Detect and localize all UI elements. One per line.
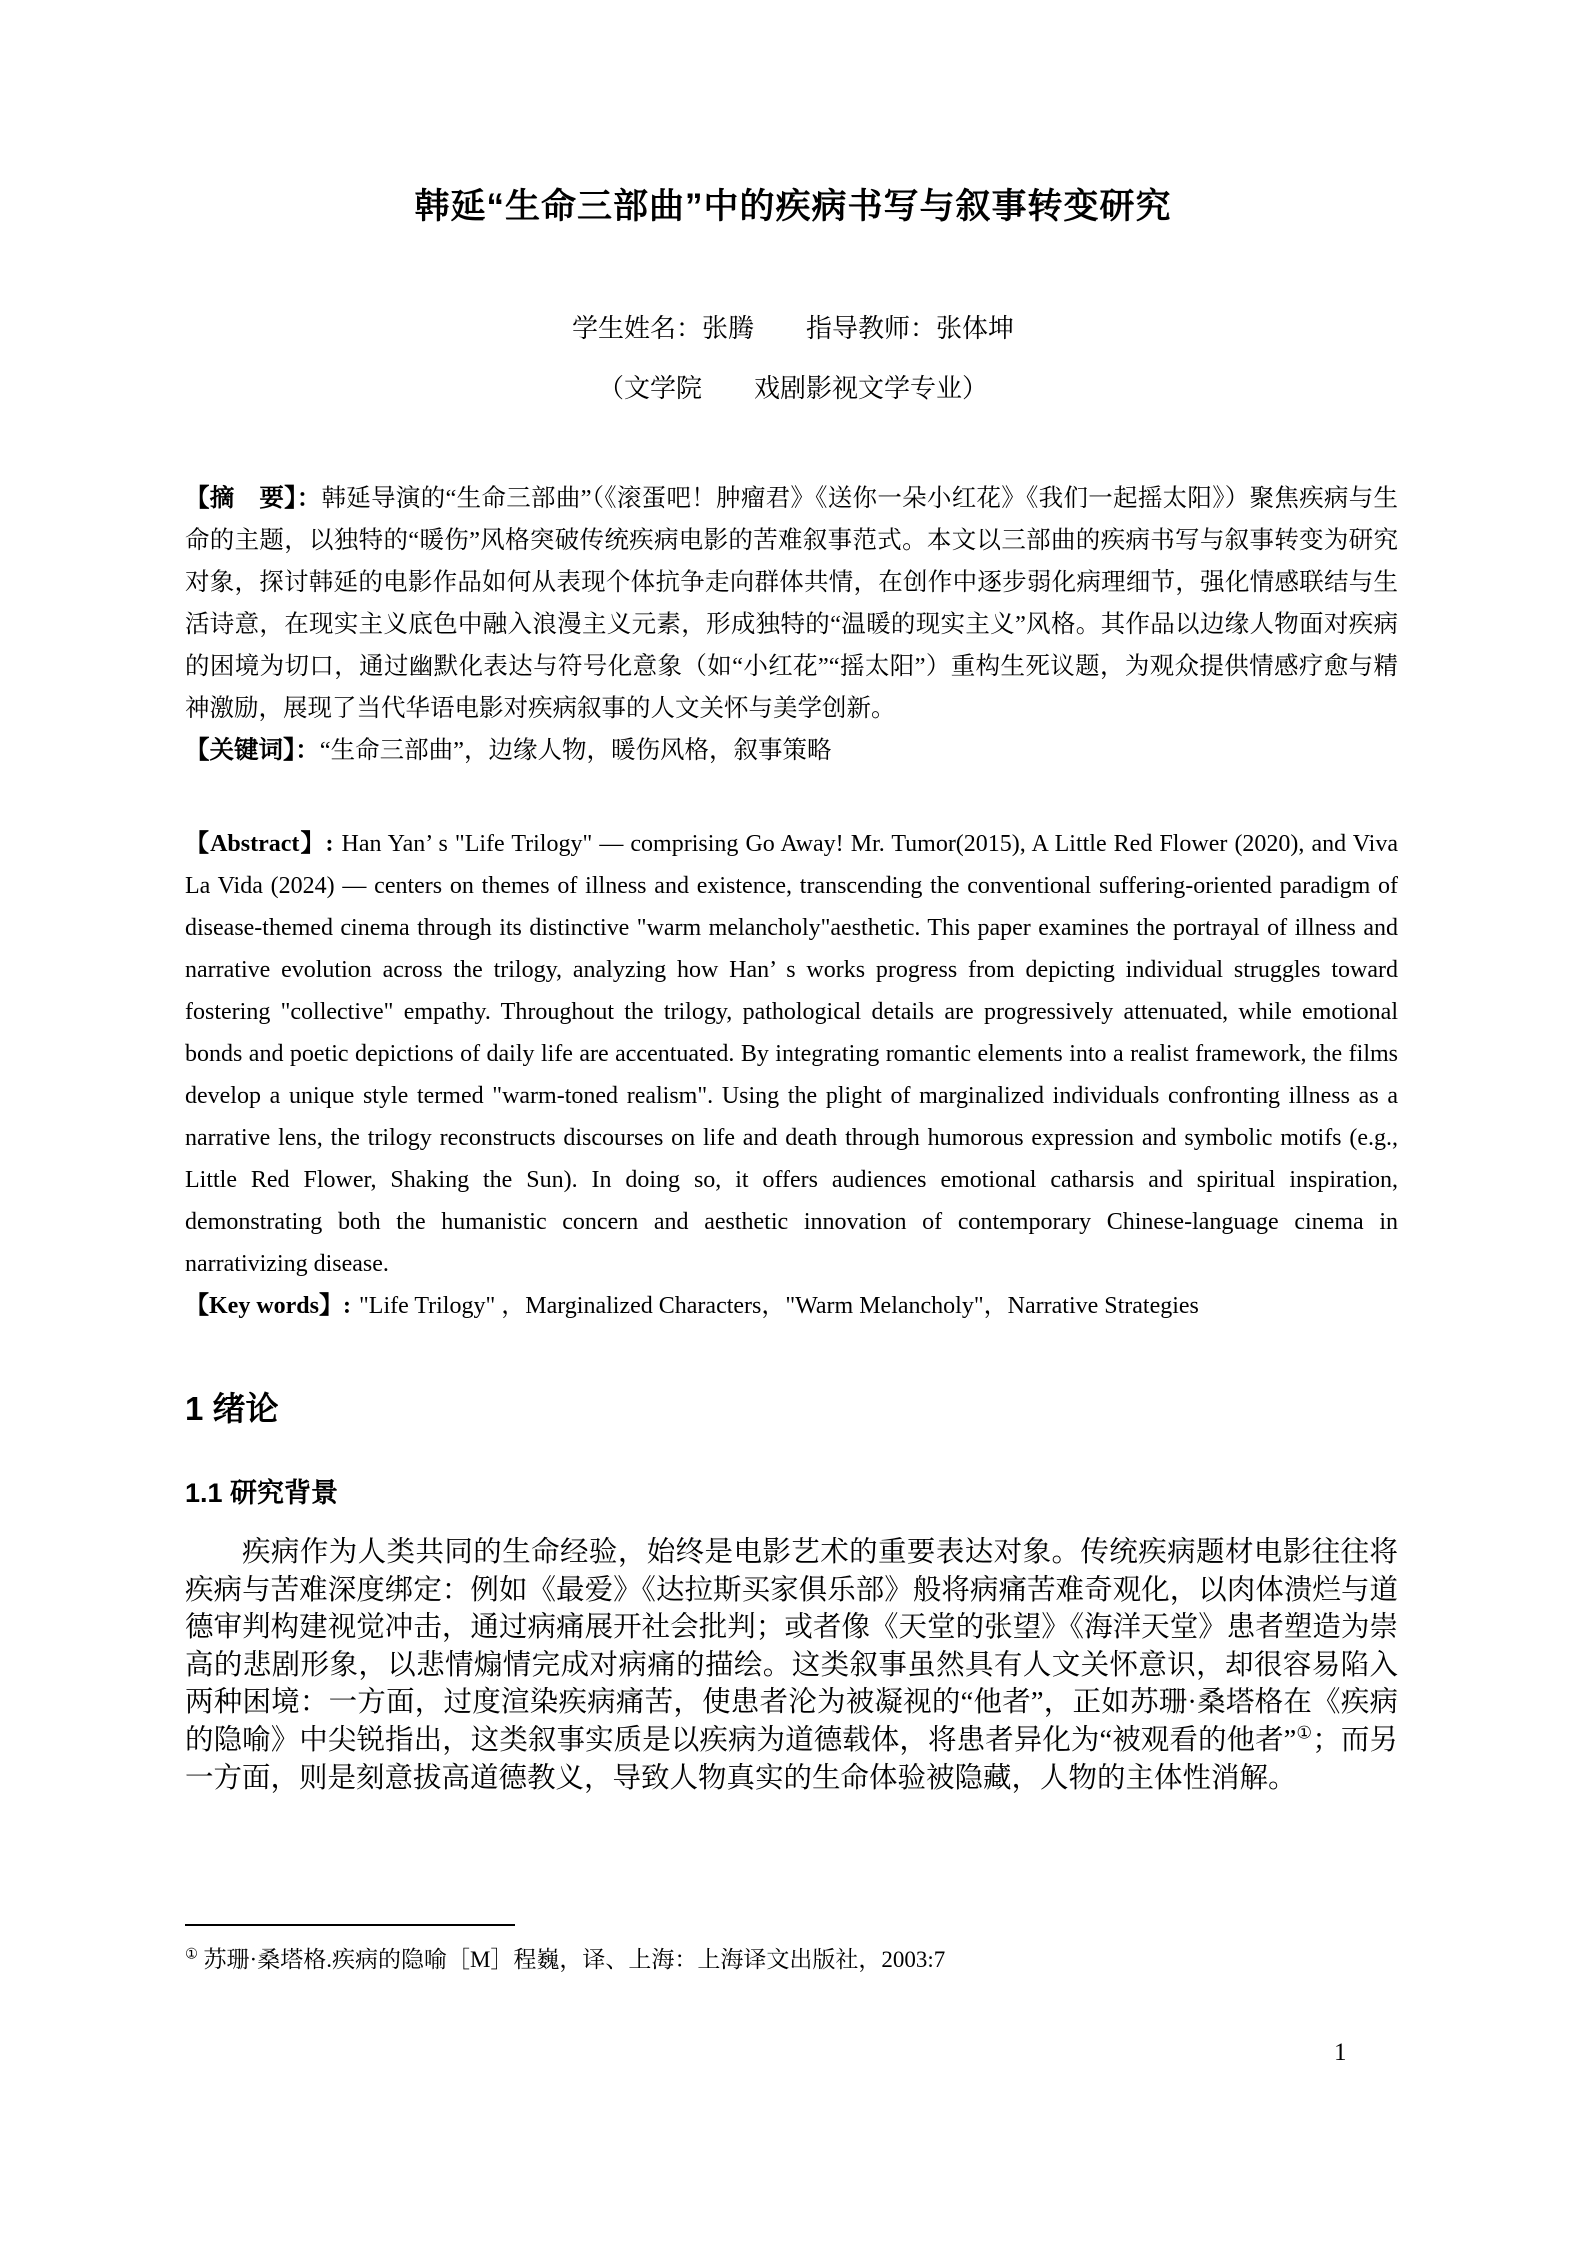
keywords-en-text: "Life Trilogy" ，Marginalized Characters，…	[359, 1293, 1199, 1319]
keywords-cn-label: 【关键词】：	[185, 737, 320, 764]
footnote-reference-marker: ①	[1296, 1722, 1312, 1742]
body-paragraph: 疾病作为人类共同的生命经验，始终是电影艺术的重要表达对象。传统疾病题材电影往往将…	[185, 1534, 1398, 1797]
subsection-heading-research-background: 1.1 研究背景	[185, 1476, 1398, 1510]
abstract-cn-section: 【摘 要】：韩延导演的“生命三部曲”（《滚蛋吧！肿瘤君》《送你一朵小红花》《我们…	[185, 478, 1398, 772]
document-page: 韩延“生命三部曲”中的疾病书写与叙事转变研究 学生姓名：张腾 指导教师：张体坤 …	[0, 0, 1586, 2245]
keywords-cn-text: “生命三部曲”，边缘人物，暖伤风格，叙事策略	[320, 737, 832, 764]
page-number: 1	[1334, 2038, 1347, 2068]
abstract-en-section: 【Abstract】:Han Yan’ s "Life Trilogy" — c…	[185, 823, 1398, 1327]
paper-title: 韩延“生命三部曲”中的疾病书写与叙事转变研究	[0, 184, 1586, 230]
keywords-en-paragraph: 【Key words】:"Life Trilogy" ，Marginalized…	[185, 1285, 1398, 1327]
abstract-cn-paragraph: 【摘 要】：韩延导演的“生命三部曲”（《滚蛋吧！肿瘤君》《送你一朵小红花》《我们…	[185, 478, 1398, 730]
abstract-en-text: Han Yan’ s "Life Trilogy" — comprising G…	[185, 831, 1398, 1277]
abstract-en-paragraph: 【Abstract】:Han Yan’ s "Life Trilogy" — c…	[185, 823, 1398, 1285]
body-paragraph-section: 疾病作为人类共同的生命经验，始终是电影艺术的重要表达对象。传统疾病题材电影往往将…	[185, 1534, 1398, 1797]
footnote-text: 苏珊·桑塔格.疾病的隐喻［M］程巍，译、上海：上海译文出版社，2003:7	[204, 1947, 946, 1972]
footnote-entry: ① 苏珊·桑塔格.疾病的隐喻［M］程巍，译、上海：上海译文出版社，2003:7	[185, 1943, 1398, 1977]
footnote-section: ① 苏珊·桑塔格.疾病的隐喻［M］程巍，译、上海：上海译文出版社，2003:7	[185, 1943, 1398, 1977]
abstract-cn-label: 【摘 要】：	[185, 485, 322, 512]
keywords-en-label: 【Key words】:	[185, 1293, 351, 1319]
body-text-part1: 疾病作为人类共同的生命经验，始终是电影艺术的重要表达对象。传统疾病题材电影往往将…	[185, 1537, 1398, 1756]
affiliation-line: （文学院 戏剧影视文学专业）	[0, 371, 1586, 407]
author-line: 学生姓名：张腾 指导教师：张体坤	[0, 311, 1586, 347]
footnote-separator-line	[185, 1924, 515, 1926]
abstract-en-label: 【Abstract】:	[185, 831, 334, 857]
footnote-marker: ①	[185, 1946, 198, 1962]
keywords-cn-paragraph: 【关键词】：“生命三部曲”，边缘人物，暖伤风格，叙事策略	[185, 730, 1398, 772]
section-heading-introduction: 1 绪论	[185, 1389, 1398, 1429]
abstract-cn-text: 韩延导演的“生命三部曲”（《滚蛋吧！肿瘤君》《送你一朵小红花》《我们一起摇太阳》…	[185, 485, 1398, 722]
